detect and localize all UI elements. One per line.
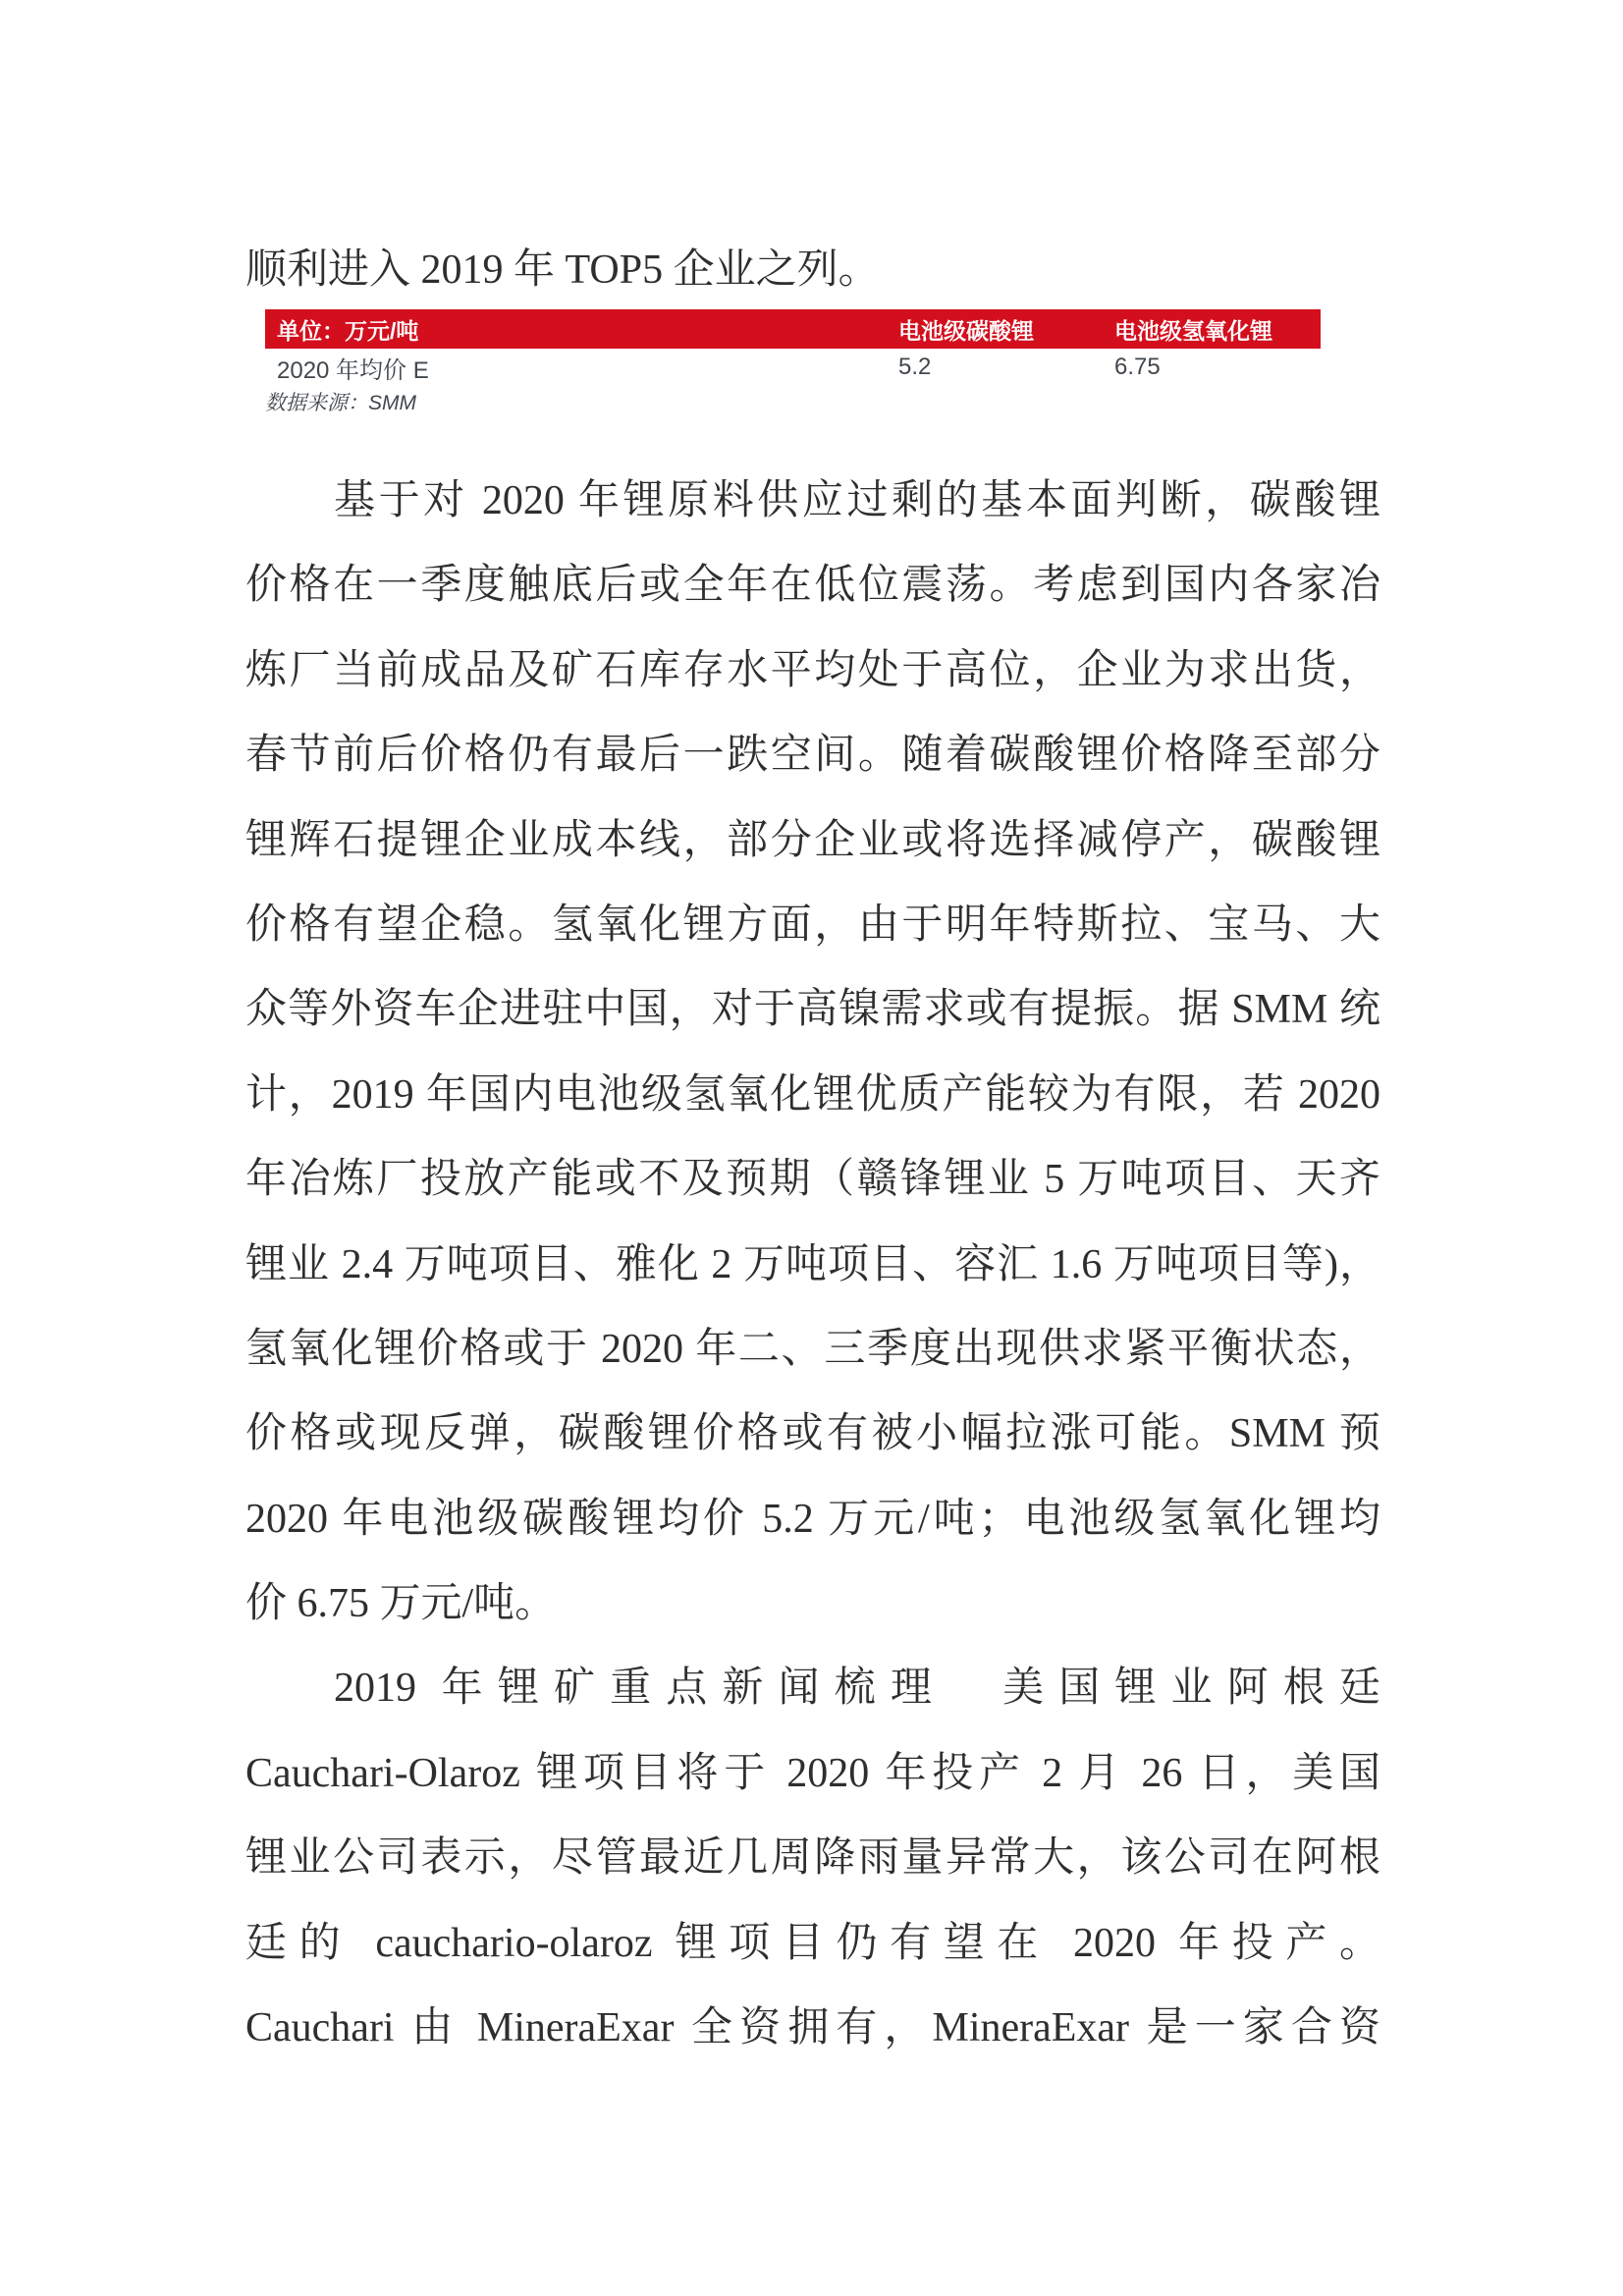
price-table: 单位：万元/吨 电池级碳酸锂 电池级氢氧化锂 2020 年均价 E 5.2 6.… bbox=[265, 309, 1321, 416]
body-line: 价格在一季度触底后或全年在低位震荡。考虑到国内各家冶 bbox=[245, 543, 1380, 628]
document-page: 顺利进入 2019 年 TOP5 企业之列。 单位：万元/吨 电池级碳酸锂 电池… bbox=[0, 0, 1623, 2296]
body-line: 基于对 2020 年锂原料供应过剩的基本面判断，碳酸锂 bbox=[245, 459, 1380, 543]
table-cell-carbonate-price: 5.2 bbox=[898, 354, 1114, 381]
body-line: 2020 年电池级碳酸锂均价 5.2 万元/吨；电池级氢氧化锂均 bbox=[245, 1477, 1380, 1561]
body-line: 炼厂当前成品及矿石库存水平均处于高位，企业为求出货， bbox=[245, 629, 1380, 713]
body-line: 廷的 cauchario-olaroz 锂项目仍有望在 2020 年投产。 bbox=[245, 1901, 1380, 1986]
body-text: 基于对 2020 年锂原料供应过剩的基本面判断，碳酸锂价格在一季度触底后或全年在… bbox=[245, 459, 1380, 2070]
table-header-carbonate: 电池级碳酸锂 bbox=[898, 313, 1114, 346]
body-line: 氢氧化锂价格或于 2020 年二、三季度出现供求紧平衡状态， bbox=[245, 1307, 1380, 1392]
table-source-note: 数据来源：SMM bbox=[265, 391, 1321, 416]
body-line: 年冶炼厂投放产能或不及预期（赣锋锂业 5 万吨项目、天齐 bbox=[245, 1137, 1380, 1222]
body-line: 价格有望企稳。氢氧化锂方面，由于明年特斯拉、宝马、大 bbox=[245, 883, 1380, 967]
body-line: Cauchari 由 MineraExar 全资拥有，MineraExar 是一… bbox=[245, 1986, 1380, 2070]
paragraph-tail-line: 顺利进入 2019 年 TOP5 企业之列。 bbox=[245, 228, 1380, 312]
table-header-hydroxide: 电池级氢氧化锂 bbox=[1114, 313, 1321, 346]
body-line: 锂业公司表示，尽管最近几周降雨量异常大，该公司在阿根 bbox=[245, 1816, 1380, 1900]
body-line: 价格或现反弹，碳酸锂价格或有被小幅拉涨可能。SMM 预计， bbox=[245, 1392, 1380, 1476]
body-line: 锂业 2.4 万吨项目、雅化 2 万吨项目、容汇 1.6 万吨项目等)， bbox=[245, 1223, 1380, 1307]
body-line: 春节前后价格仍有最后一跌空间。随着碳酸锂价格降至部分 bbox=[245, 713, 1380, 797]
table-header-unit: 单位：万元/吨 bbox=[265, 313, 898, 346]
body-line: 计，2019 年国内电池级氢氧化锂优质产能较为有限，若 2020 bbox=[245, 1053, 1380, 1137]
body-line: 锂辉石提锂企业成本线，部分企业或将选择减停产，碳酸锂 bbox=[245, 798, 1380, 883]
body-line: 众等外资车企进驻中国，对于高镍需求或有提振。据 SMM 统 bbox=[245, 967, 1380, 1052]
table-row-label: 2020 年均价 E bbox=[265, 351, 898, 385]
body-line: 2019 年锂矿重点新闻梳理 美国锂业阿根廷 bbox=[245, 1646, 1380, 1730]
table-cell-hydroxide-price: 6.75 bbox=[1114, 354, 1321, 381]
table-row: 2020 年均价 E 5.2 6.75 bbox=[265, 349, 1321, 386]
body-line: 价 6.75 万元/吨。 bbox=[245, 1561, 1380, 1646]
price-table-header: 单位：万元/吨 电池级碳酸锂 电池级氢氧化锂 bbox=[265, 309, 1321, 349]
body-line: Cauchari-Olaroz 锂项目将于 2020 年投产 2 月 26 日，… bbox=[245, 1731, 1380, 1816]
